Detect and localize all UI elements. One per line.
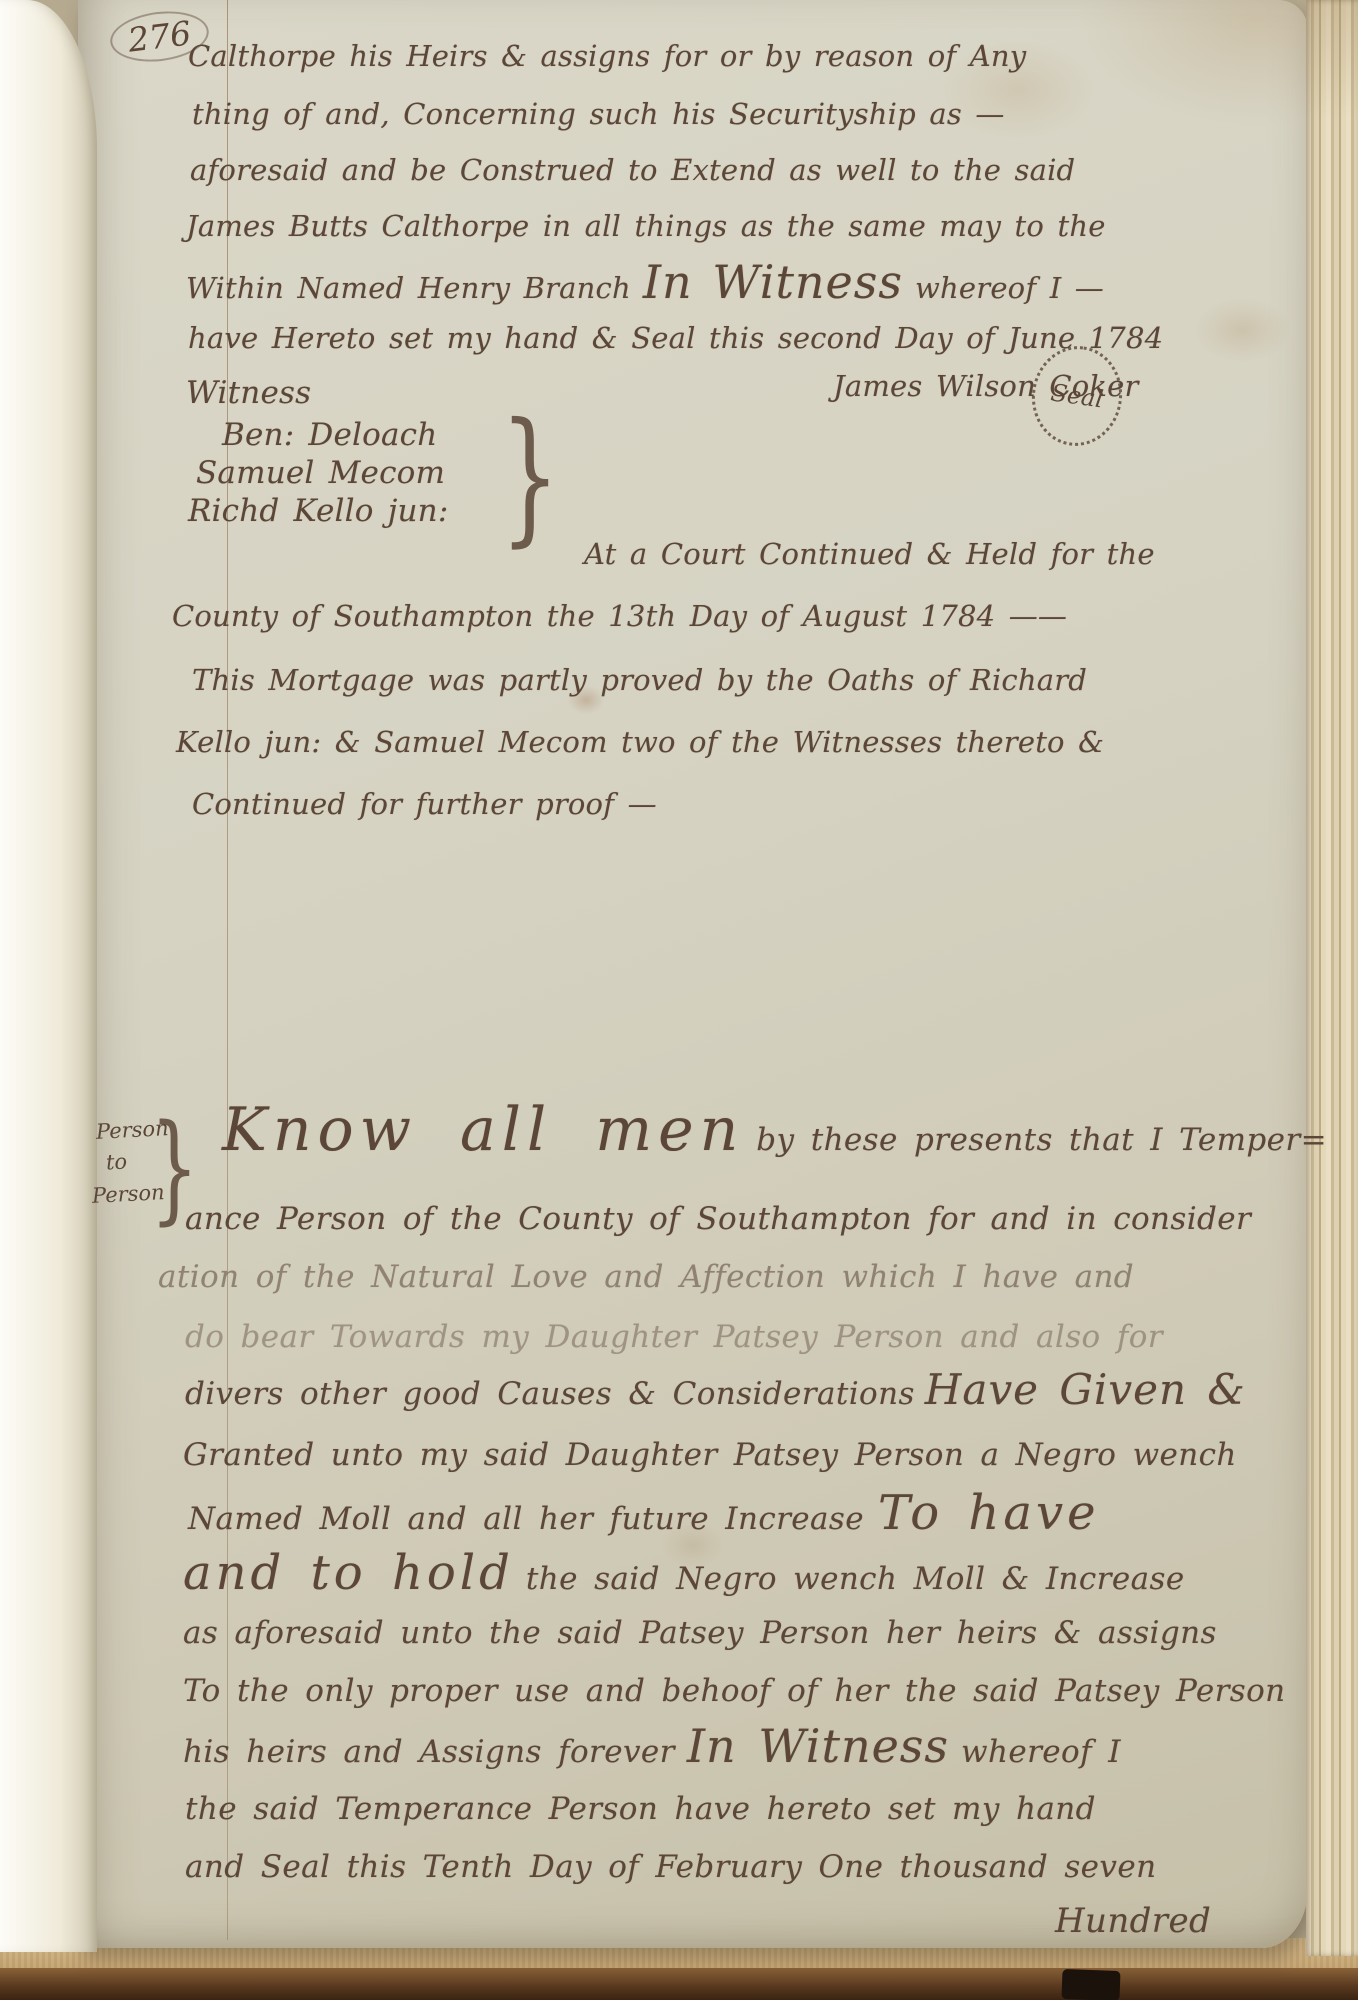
deed-line: the said Temperance Person have hereto s… [185,1792,1096,1828]
manuscript-line: thing of and, Concerning such his Securi… [192,98,1005,131]
court-record-line: Kello jun: & Samuel Mecom two of the Wit… [176,726,1104,759]
line-text: divers other good Causes & Consideration… [185,1376,915,1412]
court-record-line: This Mortgage was partly proved by the O… [192,664,1087,697]
deed-line: and Seal this Tenth Day of February One … [185,1850,1156,1886]
manuscript-line: have Hereto set my hand & Seal this seco… [188,322,1163,355]
manuscript-line: Calthorpe his Heirs & assigns for or by … [188,40,1026,73]
deed-line: To the only proper use and behoof of her… [183,1674,1286,1710]
deed-line-hundred: Hundred [1055,1902,1211,1941]
deed-opening-line: Know all menby these presents that I Tem… [222,1096,1327,1165]
previous-page-edge [0,0,97,1952]
deed-line-have-given: divers other good Causes & Consideration… [185,1366,1256,1414]
deed-line: ance Person of the County of Southampton… [185,1202,1251,1238]
manuscript-line: aforesaid and be Construed to Extend as … [190,154,1075,187]
witness-label: Witness [186,376,311,412]
court-record-line: At a Court Continued & Held for the [584,538,1155,571]
in-witness-emphasis: In Witness [687,1719,949,1773]
court-record-line: County of Southampton the 13th Day of Au… [172,600,1067,633]
table-wood-edge [0,1968,1358,2000]
have-given-emphasis: Have Given & [925,1365,1246,1414]
margin-note-word: to [105,1149,127,1174]
line-text: Within Named Henry Branch [186,271,631,305]
dark-object-on-table [1061,1969,1120,2000]
witness-name: Samuel Mecom [196,456,445,492]
witness-name: Richd Kello jun: [188,494,449,530]
line-text: the said Negro wench Moll & Increase [526,1561,1185,1597]
witness-name: Ben: Deloach [222,418,437,454]
in-witness-emphasis: In Witness [643,255,903,309]
manuscript-line: James Butts Calthorpe in all things as t… [186,210,1106,243]
line-text: Named Moll and all her future Increase [188,1501,864,1537]
deed-line-faded: do bear Towards my Daughter Patsey Perso… [185,1320,1163,1356]
line-text: by these presents that I Temper= [756,1122,1327,1158]
deed-line-in-witness: his heirs and Assigns foreverIn Witnessw… [183,1720,1121,1773]
deed-line: as aforesaid unto the said Patsey Person… [183,1616,1217,1652]
and-to-hold-emphasis: and to hold [183,1545,514,1601]
line-text: whereof I [961,1734,1121,1770]
witness-brace: } [500,404,560,549]
manuscript-line-in-witness: Within Named Henry BranchIn Witnesswhere… [186,256,1104,309]
line-text: whereof I — [915,271,1104,305]
line-text: his heirs and Assigns forever [183,1734,675,1770]
deed-line: Granted unto my said Daughter Patsey Per… [183,1438,1237,1474]
deed-line-to-hold: and to holdthe said Negro wench Moll & I… [183,1546,1185,1601]
to-have-emphasis: To have [878,1485,1100,1541]
seal-label: Seal [1049,378,1105,413]
page-edge-stack [1306,0,1358,1956]
court-record-line: Continued for further proof — [192,788,657,821]
manuscript-book-photo: 276 Calthorpe his Heirs & assigns for or… [0,0,1358,2000]
deed-line-to-have: Named Moll and all her future IncreaseTo… [188,1486,1111,1541]
know-all-men-emphasis: Know all men [222,1095,744,1165]
deed-line-faded: ation of the Natural Love and Affection … [158,1260,1134,1296]
